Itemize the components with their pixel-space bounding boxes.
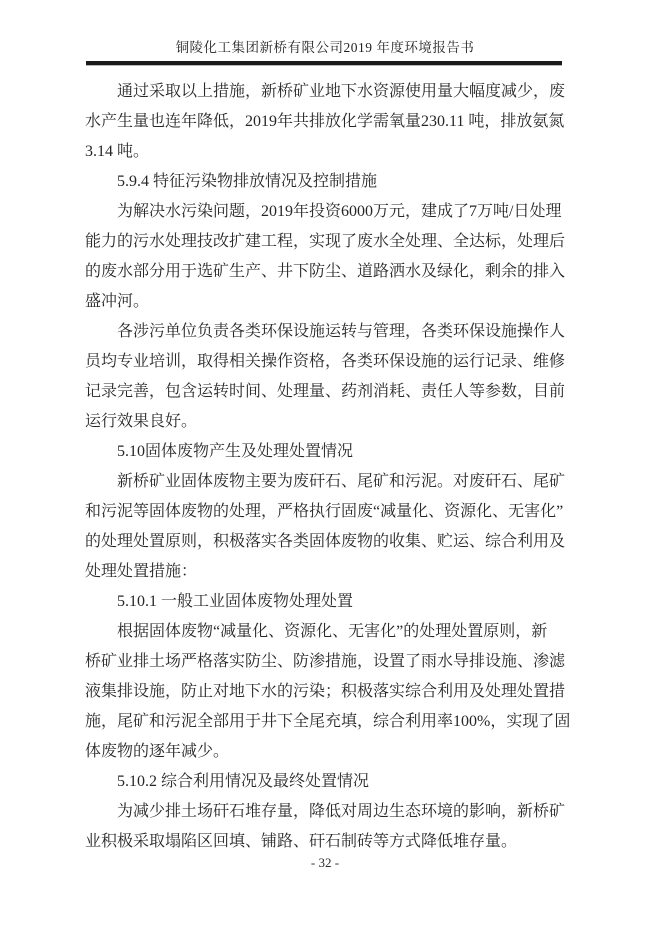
section-heading-5-9-4: 5.9.4 特征污染物排放情况及控制措施 [85,167,605,197]
document-body: 通过采取以上措施，新桥矿业地下水资源使用量大幅度减少，废 水产生量也连年降低，2… [85,77,605,857]
paragraph-water-treatment: 为解决水污染问题，2019年投资6000万元，建成了7万吨/日处理 能力的污水处… [85,197,605,317]
page-number: - 32 - [85,855,565,871]
document-header-title: 铜陵化工集团新桥有限公司2019 年度环境报告书 [85,36,565,56]
section-heading-5-10-2: 5.10.2 综合利用情况及最终处置情况 [85,767,605,797]
section-heading-5-10: 5.10固体废物产生及处理处置情况 [85,437,605,467]
paragraph-overview-water: 通过采取以上措施，新桥矿业地下水资源使用量大幅度减少，废 水产生量也连年降低，2… [85,77,605,167]
paragraph-comprehensive-utilization: 为减少排土场矸石堆存量，降低对周边生态环境的影响，新桥矿 业积极采取塌陷区回填、… [85,797,605,857]
section-heading-5-10-1: 5.10.1 一般工业固体废物处理处置 [85,587,605,617]
paragraph-solid-waste-overview: 新桥矿业固体废物主要为废矸石、尾矿和污泥。对废矸石、尾矿 和污泥等固体废物的处理… [85,467,605,587]
paragraph-facility-operation: 各涉污单位负责各类环保设施运转与管理，各类环保设施操作人 员均专业培训，取得相关… [85,317,605,437]
paragraph-industrial-solid-waste: 根据固体废物“减量化、资源化、无害化”的处理处置原则，新 桥矿业排土场严格落实防… [85,617,605,767]
document-page: 铜陵化工集团新桥有限公司2019 年度环境报告书 通过采取以上措施，新桥矿业地下… [0,0,658,930]
header-rule [86,61,562,65]
